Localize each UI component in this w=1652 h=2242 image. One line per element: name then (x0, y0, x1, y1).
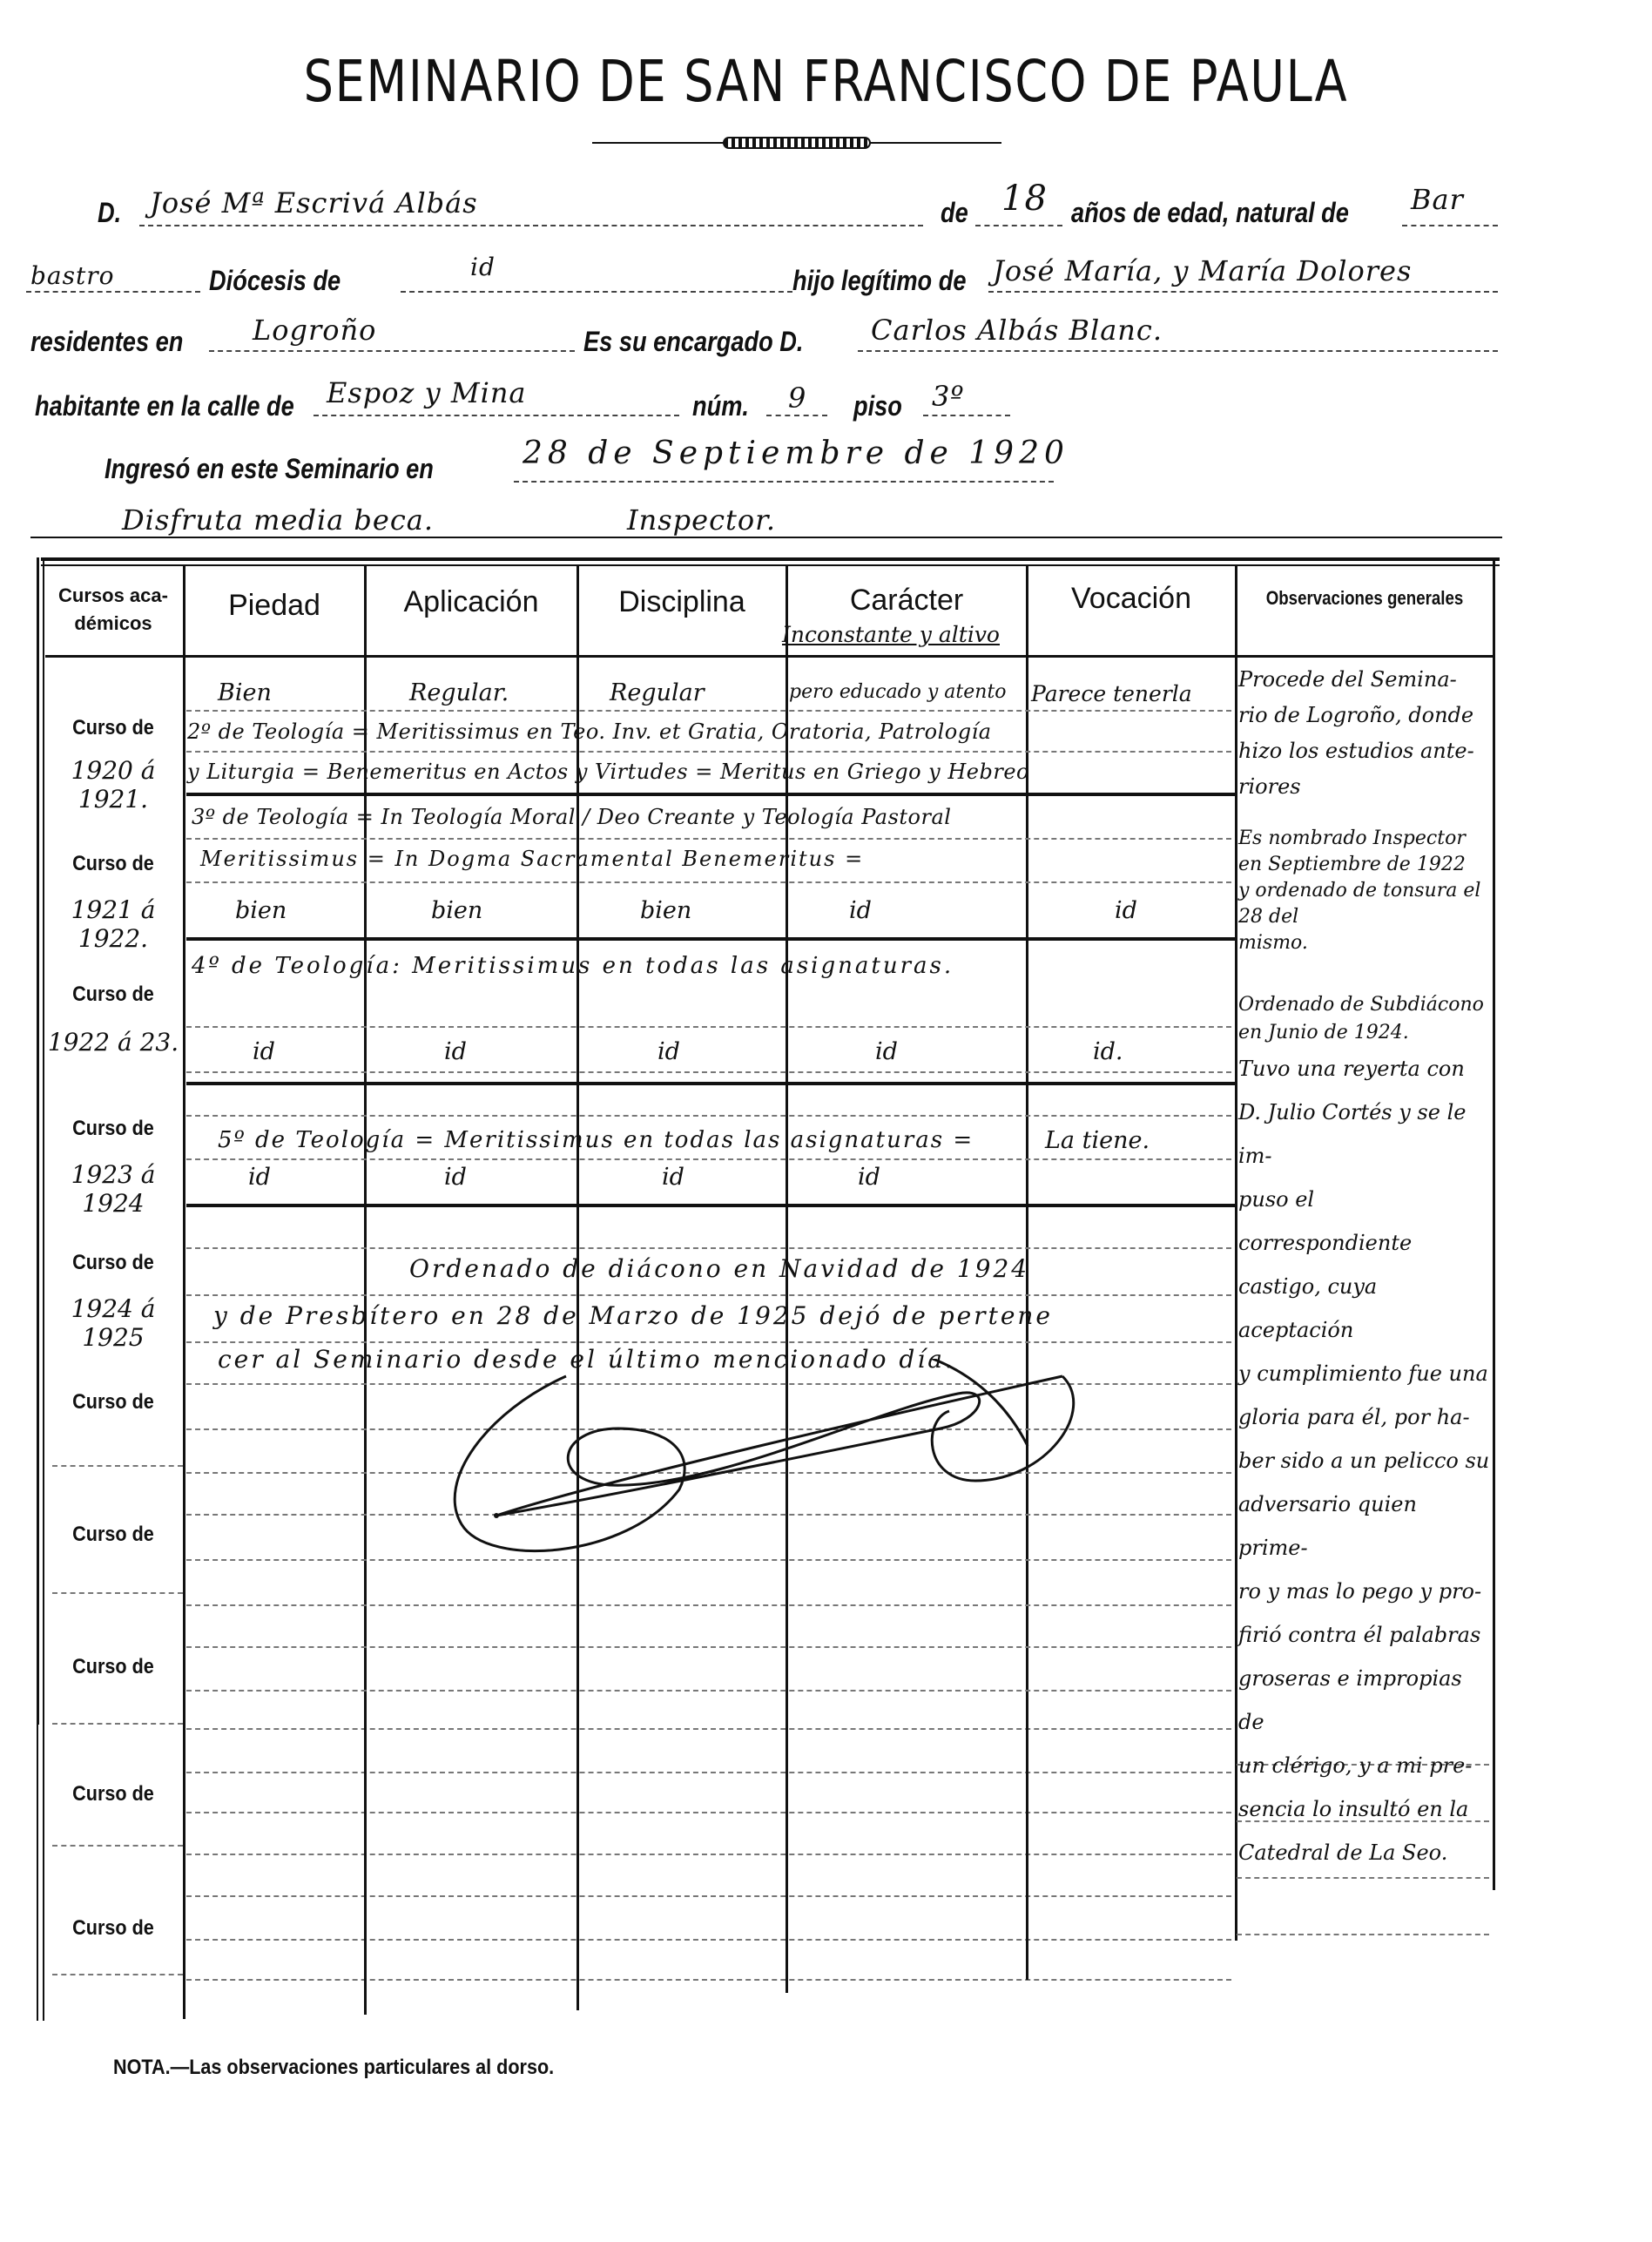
observation-line: puso el correspondiente (1238, 1178, 1491, 1265)
street-value: Espoz y Mina (327, 376, 527, 409)
col-header-cursos: Cursos aca- démicos (45, 582, 181, 638)
entry-label: Ingresó en este Seminario en (105, 453, 434, 485)
disciplina-value: id (662, 1164, 684, 1191)
observation-line: riores (1238, 769, 1491, 805)
disciplina-value: Regular (610, 679, 705, 706)
scholarship-note: Disfruta media beca. (122, 503, 434, 537)
observation-line: y ordenado de tonsura el 28 del (1238, 878, 1491, 930)
diocese-label: Diócesis de (209, 265, 341, 297)
observation-line: en Septiembre de 1922 (1238, 852, 1491, 878)
floor-value: 3º (932, 380, 964, 413)
parents-label: hijo legítimo de (792, 265, 966, 297)
vocacion-value: La tiene. (1045, 1127, 1150, 1154)
observation-line: hizo los estudios ante- (1238, 733, 1491, 769)
observation-line: adversario quien prime- (1238, 1482, 1491, 1570)
observation-line: groseras e impropias de (1238, 1657, 1491, 1744)
residence-value: Logroño (253, 314, 376, 347)
street-label: habitante en la calle de (35, 390, 294, 422)
observation-line: D. Julio Cortés y se le im- (1238, 1091, 1491, 1178)
piedad-value: id (253, 1038, 275, 1065)
age-label: de (941, 197, 968, 229)
birthplace-part2: bastro (30, 261, 114, 290)
observation-line: Procede del Semina- (1238, 662, 1491, 698)
age-suffix-label: años de edad, natural de (1071, 197, 1349, 229)
parents-value: José María, y María Dolores (993, 254, 1412, 287)
birthplace-part1: Bar (1411, 183, 1464, 216)
observation-line: en Junio de 1924. (1238, 1019, 1491, 1047)
role-note: Inspector. (627, 503, 776, 537)
col-header-aplicacion: Aplicación (366, 585, 577, 619)
aplicacion-value: id (444, 1038, 467, 1065)
observation-line: firió contra él palabras (1238, 1613, 1491, 1657)
floor-label: piso (853, 390, 902, 422)
observation-line: Tuvo una reyerta con (1238, 1047, 1491, 1091)
aplicacion-value: id (444, 1164, 467, 1191)
observation-line: un clérigo, y a mi pre- (1238, 1744, 1491, 1787)
residence-label: residentes en (30, 326, 183, 358)
signature-rubric-icon (383, 1359, 1097, 1559)
student-name: José Mª Escrivá Albás (150, 186, 478, 219)
footer-note: NOTA.—Las observaciones particulares al … (113, 2056, 554, 2080)
observation-line: Catedral de La Seo. (1238, 1831, 1491, 1874)
col-header-piedad: Piedad (185, 589, 364, 623)
vocacion-value: id (1115, 897, 1137, 924)
vocacion-value: Parece tenerla (1031, 681, 1192, 706)
col-header-observaciones: Observaciones generales (1256, 587, 1473, 610)
guardian-value: Carlos Albás Blanc. (871, 314, 1163, 347)
col-header-disciplina: Disciplina (578, 585, 786, 619)
caracter-note: Inconstante y altivo (782, 622, 1000, 647)
disciplina-value: bien (640, 897, 691, 924)
disciplina-value: id (657, 1038, 680, 1065)
aplicacion-value: bien (431, 897, 482, 924)
col-header-vocacion: Vocación (1028, 582, 1235, 616)
observation-line: mismo. (1238, 930, 1491, 956)
aplicacion-value: Regular. (409, 679, 509, 706)
observation-line: ber sido a un pelicco su (1238, 1439, 1491, 1482)
number-value: 9 (788, 382, 806, 415)
observation-line: castigo, cuya aceptación (1238, 1265, 1491, 1352)
caracter-value: id (849, 897, 872, 924)
age-value: 18 (1001, 179, 1048, 219)
observations-list: Procede del Semina- rio de Logroño, dond… (1238, 662, 1491, 1874)
observation-line: rio de Logroño, donde (1238, 698, 1491, 733)
vocacion-value: id. (1093, 1038, 1123, 1065)
number-label: núm. (692, 390, 749, 422)
caracter-value: id (875, 1038, 898, 1065)
observation-line: sencia lo insultó en la (1238, 1787, 1491, 1831)
observation-line: y cumplimiento fue una (1238, 1352, 1491, 1395)
col-header-caracter: Carácter (787, 584, 1026, 618)
observation-line: Es nombrado Inspector (1238, 826, 1491, 852)
piedad-value: Bien (218, 679, 272, 706)
guardian-label: Es su encargado D. (583, 326, 803, 358)
entry-date: 28 de Septiembre de 1920 (523, 436, 1069, 471)
prefix-label: D. (98, 197, 121, 229)
observation-line: Ordenado de Subdiácono (1238, 991, 1491, 1019)
piedad-value: bien (235, 897, 287, 924)
observation-line: gloria para él, por ha- (1238, 1395, 1491, 1439)
piedad-value: id (248, 1164, 271, 1191)
observation-line: ro y mas lo pego y pro- (1238, 1570, 1491, 1613)
caracter-value: id (858, 1164, 880, 1191)
diocese-value: id (470, 253, 496, 281)
title-ornament (592, 139, 1001, 146)
document-title: SEMINARIO DE SAN FRANCISCO DE PAULA (149, 48, 1504, 115)
caracter-value: pero educado y atento (789, 681, 1007, 703)
